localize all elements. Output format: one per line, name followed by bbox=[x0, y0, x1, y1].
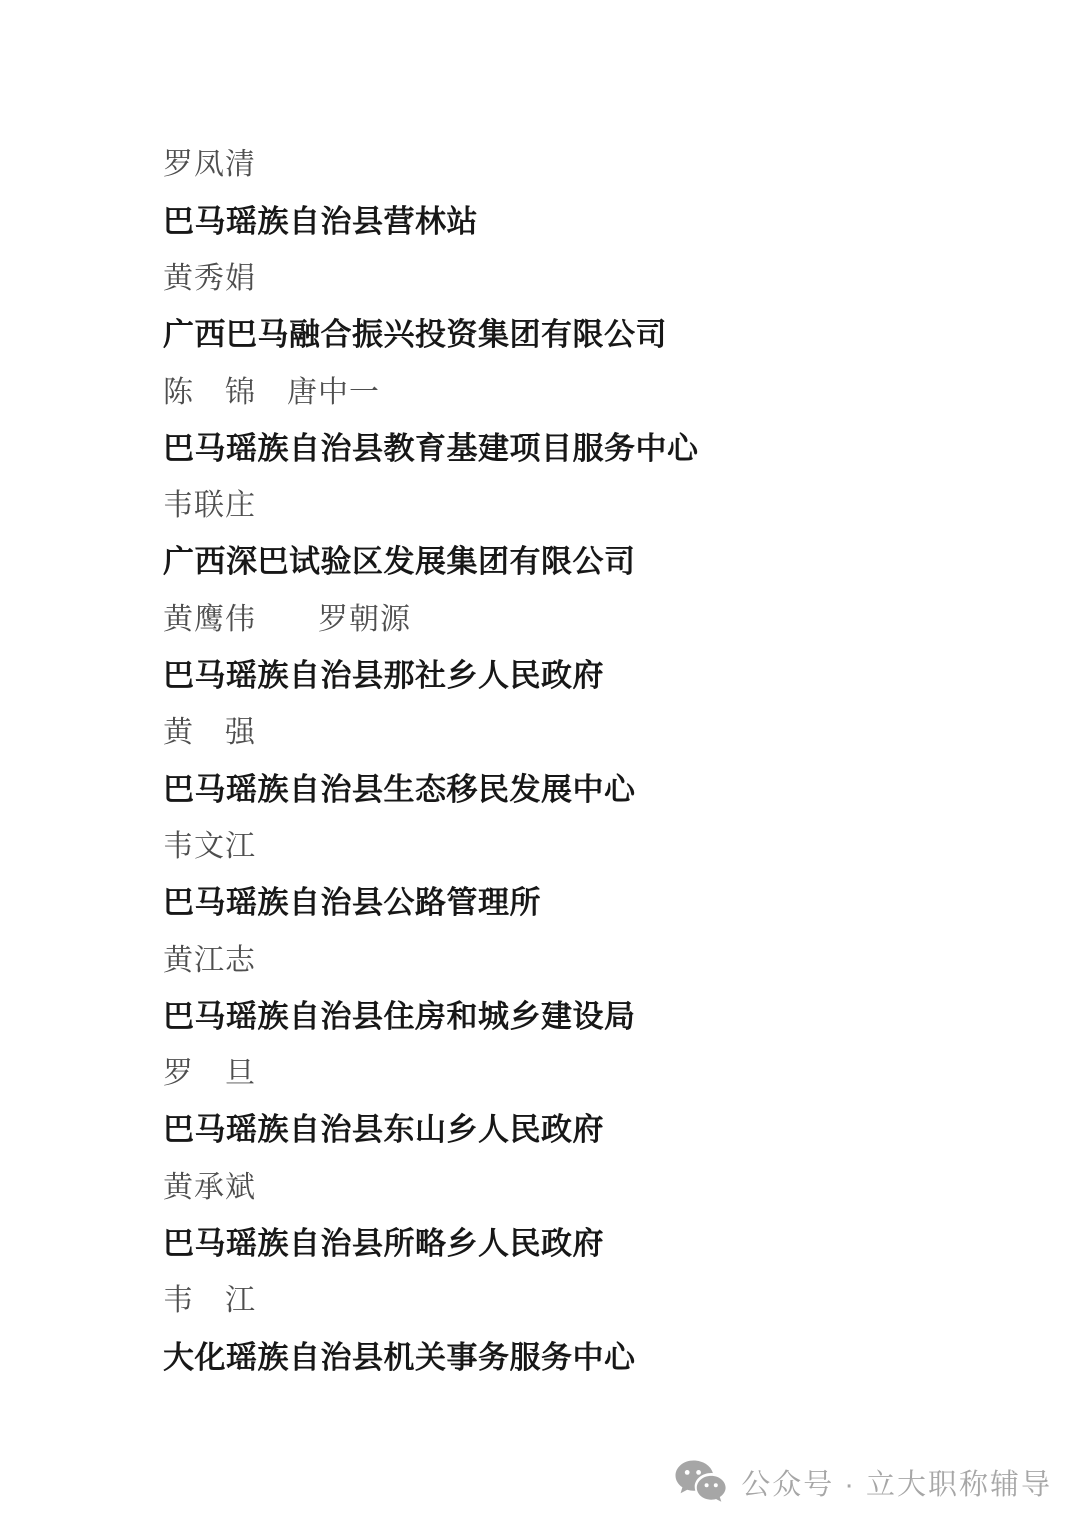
organization-line: 巴马瑶族自治县营林站 bbox=[163, 190, 1020, 247]
organization-line: 广西巴马融合振兴投资集团有限公司 bbox=[163, 303, 1020, 360]
person-name-line: 韦文江 bbox=[163, 815, 1020, 872]
organization-line: 巴马瑶族自治县那社乡人民政府 bbox=[163, 644, 1020, 701]
person-name-line: 罗 旦 bbox=[163, 1042, 1020, 1099]
watermark-text: 公众号 · 立大职称辅导 bbox=[741, 1462, 1052, 1503]
person-name-line: 黄秀娟 bbox=[163, 247, 1020, 304]
person-name-line: 韦联庄 bbox=[163, 474, 1020, 531]
person-name-line: 黄江志 bbox=[163, 928, 1020, 985]
organization-line: 巴马瑶族自治县公路管理所 bbox=[163, 871, 1020, 928]
organization-line: 巴马瑶族自治县东山乡人民政府 bbox=[163, 1099, 1020, 1156]
organization-line: 广西深巴试验区发展集团有限公司 bbox=[163, 531, 1020, 588]
person-name-line: 陈 锦 唐中一 bbox=[163, 360, 1020, 417]
person-name-line: 罗凤清 bbox=[163, 133, 1020, 190]
document-page: 罗凤清巴马瑶族自治县营林站黄秀娟广西巴马融合振兴投资集团有限公司陈 锦 唐中一巴… bbox=[0, 0, 1080, 1527]
organization-line: 巴马瑶族自治县教育基建项目服务中心 bbox=[163, 417, 1020, 474]
person-name-line: 黄鹰伟 罗朝源 bbox=[163, 587, 1020, 644]
wechat-icon bbox=[674, 1459, 728, 1505]
person-name-line: 黄 强 bbox=[163, 701, 1020, 758]
person-name-line: 黄承斌 bbox=[163, 1155, 1020, 1212]
organization-line: 巴马瑶族自治县生态移民发展中心 bbox=[163, 758, 1020, 815]
organization-line: 巴马瑶族自治县住房和城乡建设局 bbox=[163, 985, 1020, 1042]
organization-line: 巴马瑶族自治县所略乡人民政府 bbox=[163, 1212, 1020, 1269]
person-name-line: 韦 江 bbox=[163, 1269, 1020, 1326]
organization-line: 大化瑶族自治县机关事务服务中心 bbox=[163, 1326, 1020, 1383]
watermark: 公众号 · 立大职称辅导 bbox=[674, 1459, 1052, 1505]
recipient-list: 罗凤清巴马瑶族自治县营林站黄秀娟广西巴马融合振兴投资集团有限公司陈 锦 唐中一巴… bbox=[163, 133, 1020, 1383]
